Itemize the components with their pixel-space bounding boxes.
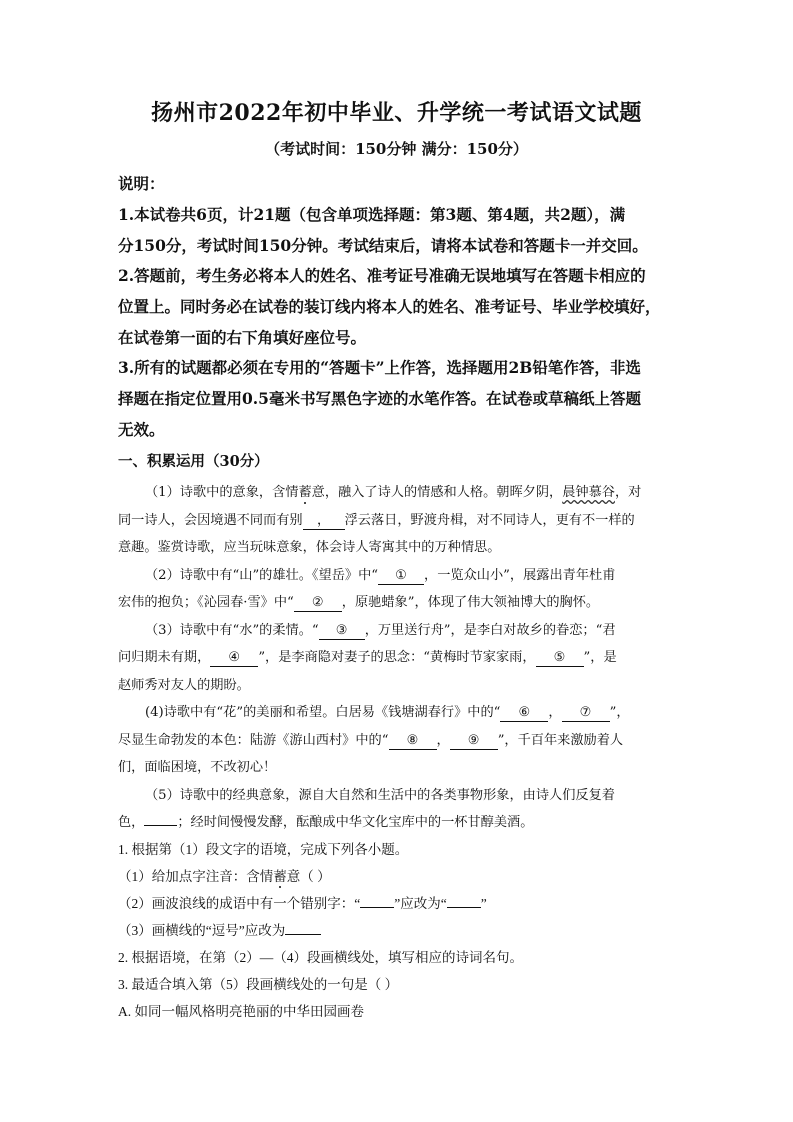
question-1-1: （1）给加点字注音：含情蓄意（ ）: [118, 865, 331, 885]
text: （1）诗歌中的意象，含情: [145, 485, 298, 500]
blank-9[interactable]: ⑨: [450, 734, 498, 750]
text: ，对: [615, 485, 641, 500]
passage-line: 尽显生命勃发的本色：陆游《游山西村》中的“⑧，⑨”，千百年来激励着人: [118, 729, 698, 750]
passage-line: （2）诗歌中有“山”的雄壮。《望岳》中“①，一览众山小”，展露出青年杜甫: [118, 564, 725, 585]
passage-line: （1）诗歌中的意象，含情蓄意，融入了诗人的情感和人格。朝晖夕阴，晨钟慕谷，对: [118, 481, 725, 500]
passage-line: (4)诗歌中有“花”的美丽和希望。白居易《钱塘湖春行》中的“⑥，⑦”，: [118, 701, 725, 722]
exam-info: （考试时间：150分钟 满分：150分）: [0, 138, 793, 159]
blank-2[interactable]: ②: [294, 596, 342, 612]
blank-6[interactable]: ⑥: [500, 706, 548, 722]
passage-line: 宏伟的抱负；《沁园春·雪》中“②，原驰蜡象”，体现了伟大领袖博大的胸怀。: [118, 591, 698, 612]
blank-8[interactable]: ⑧: [389, 734, 437, 750]
text: ”，是李商隐对妻子的思念：“黄梅时节家家雨，: [258, 650, 535, 665]
text: ，一览众山小”，展露出青年杜甫: [424, 568, 615, 583]
text: （3）诗歌中有“水”的柔情。“: [145, 623, 319, 638]
passage-line: 色，；经时间慢慢发酵，酝酿成中华文化宝库中的一杯甘醇美酒。: [118, 811, 698, 830]
text: 意（ ）: [287, 869, 331, 884]
passage-line: 赵师秀对友人的期盼。: [118, 674, 698, 693]
instruction-line: 2.答题前，考生务必将本人的姓名、准考证号准确无误地填写在答题卡相应的: [118, 264, 646, 286]
text: ”: [481, 896, 487, 911]
text: (4)诗歌中有“花”的美丽和希望。白居易《钱塘湖春行》中的“: [145, 705, 500, 720]
blank-5[interactable]: ⑤: [536, 651, 584, 667]
instruction-line: 分150分，考试时间150分钟。考试结束后，请将本试卷和答题卡一并交回。: [118, 234, 648, 256]
section-heading: 一、积累运用（30分）: [118, 450, 269, 471]
text: 问归期未有期，: [118, 650, 210, 665]
instruction-line: 在试卷第一面的右下角填好座位号。: [118, 326, 366, 348]
text: ”，是: [584, 650, 617, 665]
blank-4[interactable]: ④: [210, 651, 258, 667]
blank-p5[interactable]: [144, 825, 177, 826]
instruction-line: 位置上。同时务必在试卷的装订线内将本人的姓名、准考证号、毕业学校填好，: [118, 295, 661, 317]
question-1-2: （2）画波浪线的成语中有一个错别字：“”应改为“”: [118, 892, 487, 912]
passage-line: 同一诗人，会因境遇不同而有别，浮云落日，野渡舟楫，对不同诗人，更有不一样的: [118, 509, 698, 530]
passage-line: （3）诗歌中有“水”的柔情。“③，万里送行舟”，是李白对故乡的眷恋；“君: [118, 619, 725, 640]
text: ，: [437, 733, 450, 748]
instruction-line: 无效。: [118, 418, 165, 440]
text: （1）给加点字注音：含情: [118, 869, 273, 884]
text: ，: [548, 705, 561, 720]
text: 宏伟的抱负；《沁园春·雪》中“: [118, 595, 294, 610]
text: 意，融入了诗人的情感和人格。朝晖夕阴，: [312, 485, 563, 500]
question-1-3: （3）画横线的“逗号”应改为: [118, 919, 321, 939]
text: ，原驰蜡象”，体现了伟大领袖博大的胸怀。: [342, 595, 599, 610]
question-2: 2. 根据语境，在第（2）—（4）段画横线处，填写相应的诗词名句。: [118, 946, 523, 966]
option-a: A. 如同一幅风格明亮艳丽的中华田园画卷: [118, 1000, 364, 1020]
text: 尽显生命勃发的本色：陆游《游山西村》中的“: [118, 733, 389, 748]
exam-page: 扬州市2022年初中毕业、升学统一考试语文试题 （考试时间：150分钟 满分：1…: [0, 0, 793, 1122]
underlined-comma: ，: [303, 514, 345, 530]
blank-1[interactable]: ①: [378, 569, 424, 585]
blank-3[interactable]: ③: [319, 624, 365, 640]
instructions-heading: 说明：: [118, 172, 165, 194]
passage-line: 意趣。鉴赏诗歌，应当玩味意象，体会诗人寄寓其中的万种情思。: [118, 536, 698, 555]
text: ”应改为“: [394, 896, 446, 911]
passage-line: （5）诗歌中的经典意象，源自大自然和生活中的各类事物形象，由诗人们反复着: [118, 784, 725, 803]
question-1: 1. 根据第（1）段文字的语境，完成下列各小题。: [118, 838, 408, 858]
emphasis-dot-char: 蓄: [298, 485, 311, 500]
correct-char-blank[interactable]: [447, 907, 481, 908]
page-title: 扬州市2022年初中毕业、升学统一考试语文试题: [0, 96, 793, 127]
instruction-line: 择题在指定位置用0.5毫米书写黑色字迹的水笔作答。在试卷或草稿纸上答题: [118, 387, 641, 409]
punctuation-blank[interactable]: [285, 934, 321, 935]
text: 色，: [118, 815, 144, 830]
blank-7[interactable]: ⑦: [562, 706, 610, 722]
text: ”，: [610, 705, 630, 720]
emphasis-dot-char: 蓄: [273, 869, 287, 884]
passage-line: 们，面临困境，不改初心！: [118, 756, 698, 775]
text: （2）画波浪线的成语中有一个错别字：“: [118, 896, 360, 911]
text: 浮云落日，野渡舟楫，对不同诗人，更有不一样的: [345, 513, 635, 528]
question-3: 3. 最适合填入第（5）段画横线处的一句是（ ）: [118, 973, 398, 993]
text: ，万里送行舟”，是李白对故乡的眷恋；“君: [365, 623, 616, 638]
instruction-line: 1.本试卷共6页，计21题（包含单项选择题：第3题、第4题，共2题），满: [118, 203, 625, 225]
text: ；经时间慢慢发酵，酝酿成中华文化宝库中的一杯甘醇美酒。: [177, 815, 533, 830]
text: （3）画横线的“逗号”应改为: [118, 923, 285, 938]
passage-line: 问归期未有期，④”，是李商隐对妻子的思念：“黄梅时节家家雨，⑤”，是: [118, 646, 698, 667]
text: 同一诗人，会因境遇不同而有别: [118, 513, 303, 528]
wrong-char-blank[interactable]: [360, 907, 394, 908]
instruction-line: 3.所有的试题都必须在专用的“答题卡”上作答，选择题用2B铅笔作答，非选: [118, 356, 641, 378]
wavy-underlined-idiom: 晨钟慕谷: [562, 485, 615, 500]
text: （2）诗歌中有“山”的雄壮。《望岳》中“: [145, 568, 378, 583]
text: ”，千百年来激励着人: [498, 733, 623, 748]
